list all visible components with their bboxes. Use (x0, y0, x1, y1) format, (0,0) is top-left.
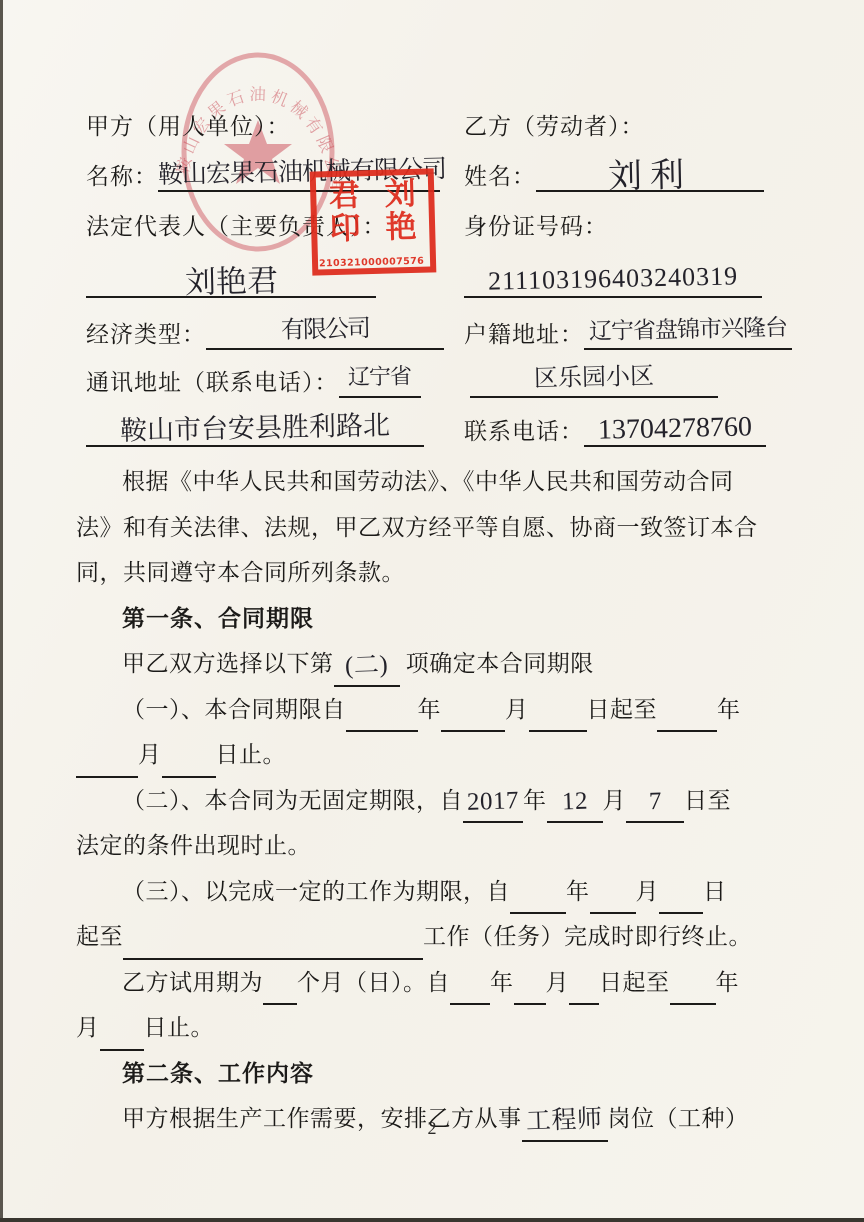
party-a-addr-label: 通讯地址（联系电话）： (86, 368, 339, 398)
blank-field (670, 971, 716, 1005)
text-segment: 第一条、合同期限 (122, 605, 314, 631)
party-b-id-field: 211103196403240319 (464, 266, 762, 298)
text-segment: 日 (703, 879, 727, 904)
blank-field (514, 971, 546, 1005)
party-a-addr-handwriting-2: 鞍山市台安县胜利路北 (120, 412, 391, 445)
party-b-haddr-field-1: 辽宁省盘锦市兴隆台 (584, 318, 792, 350)
party-b-name-label: 姓名： (464, 162, 536, 192)
handwritten-blank: 7 (626, 789, 684, 823)
scan-bottom-edge (0, 1218, 864, 1222)
seal-character: 刘 (384, 178, 416, 210)
party-b-name-field: 刘利 (536, 160, 764, 192)
contract-body: 根据《中华人民共和国劳动法》、《中华人民共和国劳动合同法》和有关法律、法规，甲乙… (76, 459, 782, 1142)
blank-field (76, 744, 138, 778)
handwritten-entry: 7 (648, 789, 662, 814)
text-segment: 第二条、工作内容 (122, 1060, 314, 1086)
blank-field (657, 698, 717, 732)
contract-line: 月日止。 (76, 732, 782, 778)
blank-field (659, 880, 703, 914)
blank-field (529, 698, 587, 732)
blank-field (569, 971, 599, 1005)
contract-line: 第一条、合同期限 (76, 596, 782, 642)
text-segment: 年 (716, 970, 740, 995)
name-seal-characters: 君刘印艳 (316, 175, 430, 246)
party-b-phone-field: 13704278760 (584, 415, 766, 447)
seal-character: 艳 (385, 211, 417, 243)
party-b-haddr-handwriting-1: 辽宁省盘锦市兴隆台 (589, 316, 787, 343)
party-a-title: 甲方（用人单位）： (86, 112, 291, 142)
contract-line: 法》和有关法律、法规，甲乙双方经平等自愿、协商一致签订本合 (76, 505, 782, 551)
text-segment: 月 (546, 970, 570, 995)
party-b-haddr-handwriting-2: 区乐园小区 (534, 365, 654, 392)
party-b-phone-label: 联系电话： (464, 417, 584, 447)
party-b-name-handwriting: 刘利 (608, 159, 693, 195)
contract-line: 起至工作（任务）完成时即行终止。 (76, 914, 782, 960)
contract-line: 月日止。 (76, 1005, 782, 1051)
text-segment: 月 (138, 742, 162, 767)
party-b-phone-handwriting: 13704278760 (598, 413, 753, 444)
text-segment: 年 (523, 788, 547, 813)
party-b-column: 乙方（劳动者）： 姓名： 刘利 身份证号码： 21110319640324031… (464, 88, 792, 447)
party-b-id-label: 身份证号码： (464, 212, 608, 242)
text-segment: 根据《中华人民共和国劳动法》、《中华人民共和国劳动合同 (122, 469, 734, 494)
seal-character: 君 (328, 179, 360, 211)
blank-field (263, 971, 297, 1005)
text-segment: 月 (76, 1015, 100, 1040)
text-segment: 法定的条件出现时止。 (76, 833, 311, 858)
contract-line: 第二条、工作内容 (76, 1051, 782, 1097)
text-segment: （三）、以完成一定的工作为期限，自 (122, 879, 510, 904)
party-b-title: 乙方（劳动者）： (464, 112, 645, 142)
contract-line: 法定的条件出现时止。 (76, 823, 782, 869)
blank-field (590, 880, 636, 914)
legal-rep-name-seal: 君刘印艳 210321000007576 (310, 168, 437, 275)
text-segment: 工作（任务）完成时即行终止。 (423, 924, 752, 949)
party-a-addr-handwriting-1: 辽宁省 (348, 365, 411, 388)
text-segment: 起至 (76, 924, 123, 949)
party-a-name-label: 名称： (86, 162, 158, 192)
text-segment: 年 (566, 879, 590, 904)
text-segment: 法》和有关法律、法规，甲乙双方经平等自愿、协商一致签订本合 (76, 515, 758, 540)
text-segment: 年 (418, 697, 442, 722)
contract-line: 乙方试用期为个月（日）。自年月日起至年 (76, 960, 782, 1006)
contract-line: 根据《中华人民共和国劳动法》、《中华人民共和国劳动合同 (76, 459, 782, 505)
text-segment: 日止。 (144, 1015, 215, 1040)
party-a-econ-field: 有限公司 (206, 318, 444, 350)
party-b-haddr-label: 户籍地址： (464, 320, 584, 350)
party-b-id-handwriting: 211103196403240319 (488, 263, 739, 294)
text-segment: 月 (505, 697, 529, 722)
handwritten-blank: 12 (547, 789, 603, 823)
blank-field (450, 971, 490, 1005)
text-segment: 日至 (684, 788, 731, 813)
page-number: 2 (0, 1118, 864, 1139)
party-a-econ-handwriting: 有限公司 (281, 317, 369, 343)
handwritten-entry: (二) (344, 652, 388, 678)
blank-field (441, 698, 505, 732)
blank-field (123, 926, 423, 960)
text-segment: 日起至 (599, 970, 670, 995)
party-a-legal-rep-handwriting: 刘艳君 (184, 265, 278, 298)
contract-line: 同，共同遵守本合同所列条款。 (76, 550, 782, 596)
text-segment: 年 (490, 970, 514, 995)
text-segment: （一）、本合同期限自 (122, 697, 346, 722)
text-segment: 日起至 (587, 697, 658, 722)
contract-scan-page: 鞍山宏果石油机械有限公司 甲方（用人单位）： 名称： 鞍山宏果石油机械有限公司 … (0, 0, 864, 1222)
handwritten-entry: 2017 (467, 788, 520, 815)
party-a-addr-field-1: 辽宁省 (339, 366, 421, 398)
handwritten-blank: (二) (334, 653, 400, 687)
contract-line: （一）、本合同期限自年月日起至年 (76, 687, 782, 733)
contract-line: （二）、本合同为无固定期限，自2017年12月7日至 (76, 778, 782, 824)
contract-line: （三）、以完成一定的工作为期限，自年月日 (76, 869, 782, 915)
text-segment: 个月（日）。自 (297, 970, 450, 995)
blank-field (100, 1017, 144, 1051)
blank-field (162, 744, 216, 778)
text-segment: 日止。 (216, 742, 287, 767)
text-segment: 年 (717, 697, 741, 722)
blank-field (510, 880, 566, 914)
name-seal-code: 210321000007576 (319, 256, 424, 270)
contract-line: 甲乙双方选择以下第(二) 项确定本合同期限 (76, 641, 782, 687)
text-segment: 同，共同遵守本合同所列条款。 (76, 560, 405, 585)
party-b-haddr-field-2: 区乐园小区 (470, 366, 718, 398)
party-a-econ-label: 经济类型： (86, 320, 206, 350)
handwritten-entry: 12 (561, 789, 588, 815)
text-segment: 项确定本合同期限 (400, 651, 594, 676)
text-segment: 月 (603, 788, 627, 813)
party-a-addr-field-2: 鞍山市台安县胜利路北 (86, 415, 424, 447)
text-segment: 月 (636, 879, 660, 904)
text-segment: （二）、本合同为无固定期限，自 (122, 788, 463, 813)
text-segment: 甲乙双方选择以下第 (122, 651, 334, 676)
handwritten-blank: 2017 (463, 789, 523, 823)
scan-left-edge (0, 0, 3, 1222)
text-segment: 乙方试用期为 (122, 970, 263, 995)
blank-field (346, 698, 418, 732)
seal-character: 印 (329, 212, 361, 244)
